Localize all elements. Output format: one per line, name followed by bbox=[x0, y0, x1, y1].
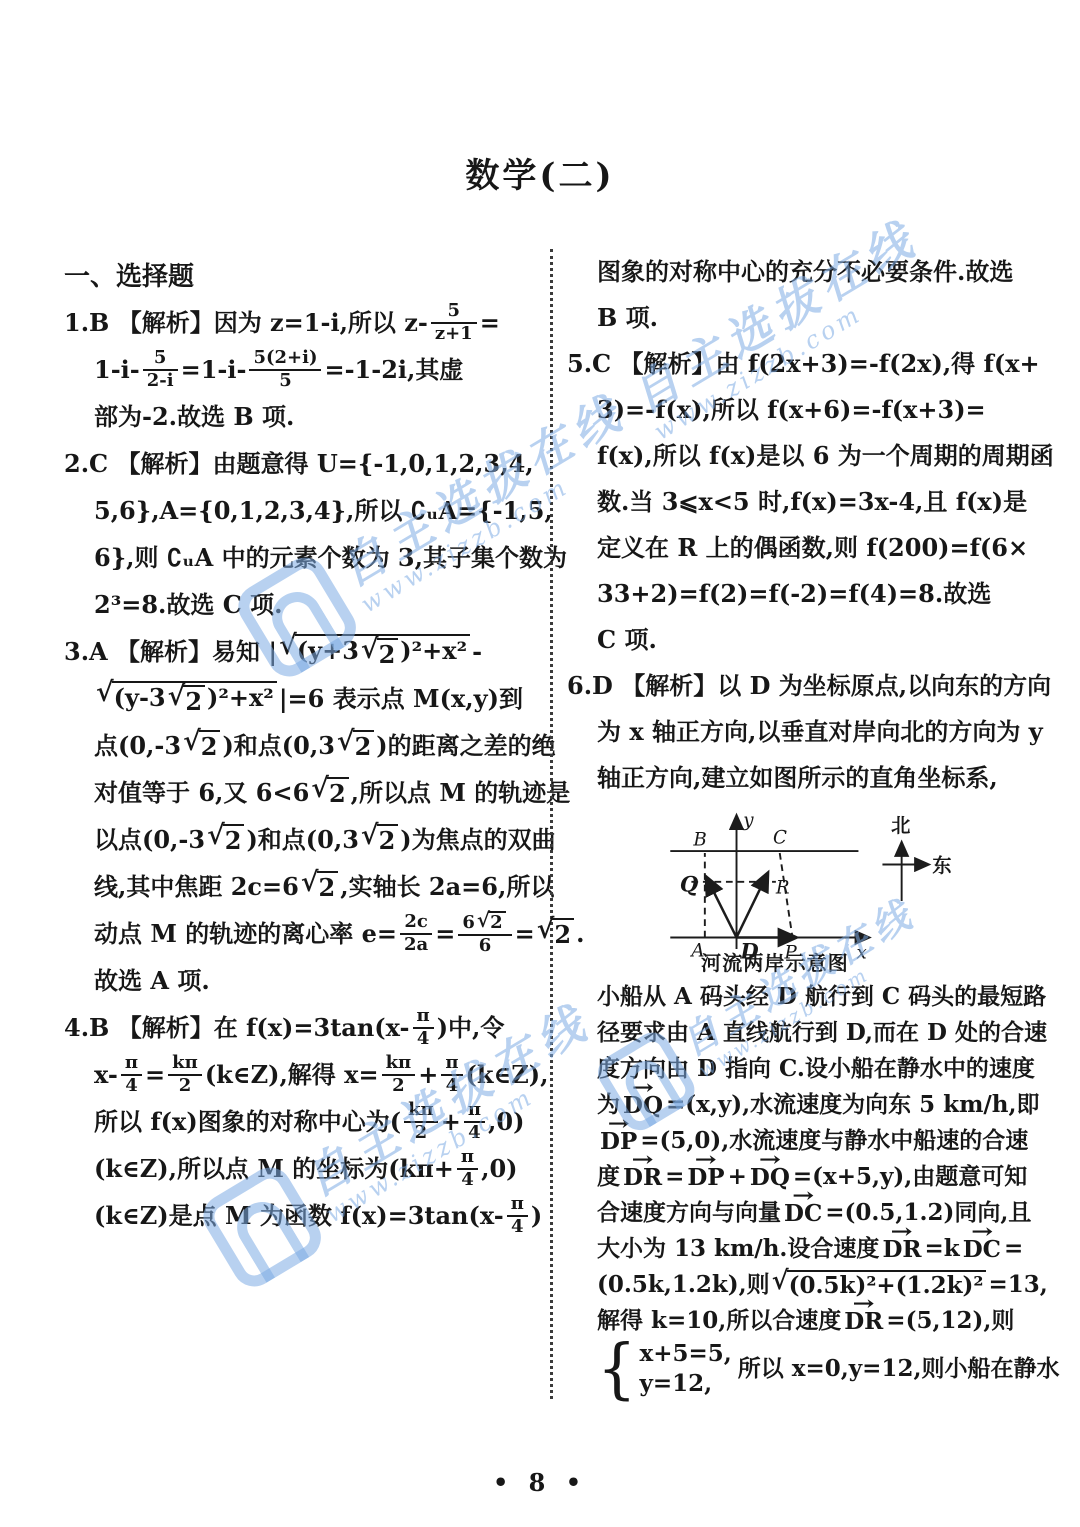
sqrt: √2 bbox=[207, 824, 244, 856]
frac: π4 bbox=[441, 1053, 462, 1096]
frac: 5z+1 bbox=[431, 301, 477, 344]
text-line: 部为-2.故选 B 项. bbox=[64, 393, 548, 440]
sqrt: √2 bbox=[301, 871, 338, 903]
frac: 2c2a bbox=[400, 912, 432, 955]
frac: π4 bbox=[507, 1194, 528, 1237]
page-number: • 8 • bbox=[0, 1468, 1080, 1497]
x-axis-label: x bbox=[857, 943, 868, 964]
point-C-label: C bbox=[773, 827, 787, 848]
text-line: 2³=8.故选 C 项. bbox=[64, 581, 548, 628]
question-item-6: 6.D 【解析】以 D 为坐标原点,以向东的方向为 x 轴正方向,以垂直对岸向北… bbox=[567, 663, 1059, 801]
text-line: 2.C 【解析】由题意得 U={-1,0,1,2,3,4, bbox=[64, 440, 548, 487]
river-diagram: y B C x D A P Q R bbox=[629, 805, 1059, 977]
frac: π4 bbox=[457, 1147, 478, 1190]
sqrt: √2 bbox=[477, 911, 506, 934]
page-title: 数学(二) bbox=[0, 0, 1080, 197]
question-item-1: 1.B 【解析】因为 z=1-i,所以 z-5z+1=1-i-52-i=1-i-… bbox=[64, 299, 548, 440]
question-item-2: 2.C 【解析】由题意得 U={-1,0,1,2,3,4,5,6},A={0,1… bbox=[64, 440, 548, 628]
text-line: x-π4=kπ2(k∈Z),解得 x=kπ2+π4(k∈Z), bbox=[64, 1051, 548, 1098]
left-column: 一、选择题 1.B 【解析】因为 z=1-i,所以 z-5z+1=1-i-52-… bbox=[64, 249, 548, 1399]
text-line: 线,其中焦距 2c=6√2,实轴长 2a=6,所以 bbox=[64, 863, 548, 910]
frac: π4 bbox=[464, 1100, 485, 1143]
text-line: 大小为 13 km/h.设合速度DR=kDC= bbox=[567, 1231, 1059, 1267]
vector-DR bbox=[737, 874, 768, 937]
text-line: (0.5k,1.2k),则 √(0.5k)²+(1.2k)²=13, bbox=[567, 1267, 1059, 1303]
frac: 5(2+i)5 bbox=[249, 348, 321, 391]
text-line: 5,6},A={0,1,2,3,4},所以 ∁ᵤA={-1,5, bbox=[64, 487, 548, 534]
text-line: (k∈Z)是点 M 为函数 f(x)=3tan(x-π4) bbox=[64, 1192, 548, 1239]
text-line: 对值等于 6,又 6<6√2,所以点 M 的轨迹是 bbox=[64, 769, 548, 816]
text-line: 以点(0,-3√2)和点(0,3√2)为焦点的双曲 bbox=[64, 816, 548, 863]
text-line: 为 x 轴正方向,以垂直对岸向北的方向为 y bbox=[567, 709, 1059, 755]
question-item-6-continuation: 小船从 A 码头经 D 航行到 C 码头的最短路径要求由 A 直线航行到 D,而… bbox=[567, 979, 1059, 1399]
sqrt: √(y+3√2)²+x² bbox=[279, 634, 470, 670]
text-line: 1.B 【解析】因为 z=1-i,所以 z-5z+1= bbox=[64, 299, 548, 346]
frac: kπ2 bbox=[168, 1053, 202, 1096]
sqrt: √2 bbox=[337, 730, 374, 762]
text-line: √(y-3√2)²+x²|=6 表示点 M(x,y)到 bbox=[64, 675, 548, 722]
sqrt: √(y-3√2)²+x² bbox=[96, 681, 277, 717]
point-B-label: B bbox=[692, 829, 706, 850]
text-line: f(x),所以 f(x)是以 6 为一个周期的周期函 bbox=[567, 433, 1059, 479]
right-column: 图象的对称中心的充分不必要条件.故选B 项. 5.C 【解析】由 f(2x+3)… bbox=[553, 249, 1059, 1399]
y-axis-label: y bbox=[742, 810, 754, 831]
frac: 52-i bbox=[143, 348, 178, 391]
text-line: 4.B 【解析】在 f(x)=3tan(x-π4)中,令 bbox=[64, 1004, 548, 1051]
sqrt: √2 bbox=[183, 730, 220, 762]
two-column-layout: 一、选择题 1.B 【解析】因为 z=1-i,所以 z-5z+1=1-i-52-… bbox=[64, 249, 1024, 1399]
sqrt: √2 bbox=[361, 638, 398, 670]
text-line: 3)=-f(x),所以 f(x+6)=-f(x+3)= bbox=[567, 387, 1059, 433]
vector-DQ bbox=[707, 878, 737, 938]
text-line: 5.C 【解析】由 f(2x+3)=-f(2x),得 f(x+ bbox=[567, 341, 1059, 387]
text-line: 动点 M 的轨迹的离心率 e=2c2a=6√26=√2. bbox=[64, 910, 548, 957]
frac: π4 bbox=[121, 1053, 142, 1096]
sqrt: √2 bbox=[361, 824, 398, 856]
text-line: (k∈Z),所以点 M 的坐标为(kπ+π4,0) bbox=[64, 1145, 548, 1192]
text-line: 所以 f(x)图象的对称中心为(kπ2+π4,0) bbox=[64, 1098, 548, 1145]
question-item-3: 3.A 【解析】易知 |√(y+3√2)²+x² -√(y-3√2)²+x²|=… bbox=[64, 628, 548, 1004]
text-line: 图象的对称中心的充分不必要条件.故选 bbox=[567, 249, 1059, 295]
text-line: 1-i-52-i=1-i-5(2+i)5=-1-2i,其虚 bbox=[64, 346, 548, 393]
text-line: B 项. bbox=[567, 295, 1059, 341]
section-header: 一、选择题 bbox=[64, 249, 548, 299]
text-line: 轴正方向,建立如图所示的直角坐标系, bbox=[567, 755, 1059, 801]
vector-notation: DR bbox=[623, 1161, 662, 1193]
text-line: 6},则 ∁ᵤA 中的元素个数为 3,其子集个数为 bbox=[64, 534, 548, 581]
text-line: {x+5=5,y=12,所以 x=0,y=12,则小船在静水 bbox=[567, 1339, 1059, 1399]
frac: 6√26 bbox=[458, 911, 511, 956]
diagram-caption: 河流两岸示意图 bbox=[701, 951, 849, 973]
text-line: 解得 k=10,所以合速度DR=(5,12),则 bbox=[567, 1303, 1059, 1339]
cases: {x+5=5,y=12, bbox=[597, 1339, 732, 1399]
text-line: 数.当 3⩽x<5 时,f(x)=3x-4,且 f(x)是 bbox=[567, 479, 1059, 525]
vector-notation: DP bbox=[687, 1161, 724, 1193]
frac: π4 bbox=[413, 1006, 434, 1049]
text-line: 33+2)=f(2)=f(-2)=f(4)=8.故选 bbox=[567, 571, 1059, 617]
text-line: 3.A 【解析】易知 |√(y+3√2)²+x² - bbox=[64, 628, 548, 675]
text-line: 小船从 A 码头经 D 航行到 C 码头的最短路 bbox=[567, 979, 1059, 1015]
text-line: 径要求由 A 直线航行到 D,而在 D 处的合速 bbox=[567, 1015, 1059, 1051]
text-line: 6.D 【解析】以 D 为坐标原点,以向东的方向 bbox=[567, 663, 1059, 709]
text-line: 故选 A 项. bbox=[64, 957, 548, 1004]
question-item-4: 4.B 【解析】在 f(x)=3tan(x-π4)中,令x-π4=kπ2(k∈Z… bbox=[64, 1004, 548, 1239]
text-line: C 项. bbox=[567, 617, 1059, 663]
point-Q-label: Q bbox=[680, 871, 699, 896]
point-R-label: R bbox=[775, 877, 790, 898]
vector-notation: DC bbox=[784, 1197, 822, 1229]
sqrt: √2 bbox=[311, 777, 348, 809]
question-item-4-continuation: 图象的对称中心的充分不必要条件.故选B 项. bbox=[567, 249, 1059, 341]
vector-notation: DR bbox=[882, 1233, 921, 1265]
question-item-5: 5.C 【解析】由 f(2x+3)=-f(2x),得 f(x+3)=-f(x),… bbox=[567, 341, 1059, 663]
sqrt: √2 bbox=[168, 685, 205, 717]
vector-notation: DR bbox=[844, 1305, 883, 1337]
text-line: 点(0,-3√2)和点(0,3√2)的距离之差的绝 bbox=[64, 722, 548, 769]
frac: kπ2 bbox=[404, 1100, 438, 1143]
frac: kπ2 bbox=[382, 1053, 416, 1096]
compass-north-label: 北 bbox=[891, 814, 910, 837]
text-line: 定义在 R 上的偶函数,则 f(200)=f(6× bbox=[567, 525, 1059, 571]
vector-notation: DC bbox=[963, 1233, 1001, 1265]
compass-east-label: 东 bbox=[932, 854, 952, 877]
